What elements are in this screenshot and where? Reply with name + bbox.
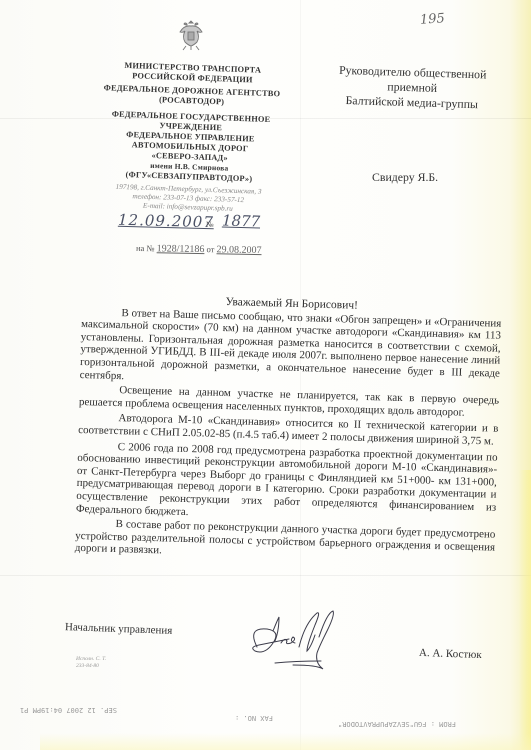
reference-date-prefix: от [207,244,215,254]
handwritten-page-number: 195 [420,11,446,28]
outgoing-number-label: № [206,220,214,229]
scanned-letter-page: 195 МИНИСТЕРСТВО ТРАНСПОРТА РОССИЙСКОЙ Ф… [0,0,531,750]
reference-line: на № 1928/12186 от 29.08.2007 [136,243,262,256]
addressee-name: Свидеру Я.Б. [372,170,438,185]
letter-body: Уважаемый Ян Борисович! В ответ на Ваше … [75,292,502,568]
fax-timestamp: SEP. 12 2007 04:19PM P1 [20,706,117,714]
fold-line [0,575,531,576]
coat-of-arms-icon [178,18,204,52]
reference-prefix: на № [136,243,155,253]
paper-edge-tint [519,470,531,750]
reference-number: 1928/12186 [157,243,205,255]
outgoing-date: 12.09.2007 [118,211,214,232]
executor-name: Исполн. С. Т. [76,656,106,663]
fax-number-label: FAX NO. : [235,714,273,722]
signatory-name: А. А. Костюк [419,647,482,661]
signatory-title: Начальник управления [65,621,173,637]
fax-sender: FROM : FGU"SEVZAPUPRAVTODOR" [338,720,456,728]
fax-transmission-header: SEP. 12 2007 04:19PM P1 FAX NO. : FROM :… [20,706,490,736]
outgoing-number: 1877 [222,212,261,231]
reference-date: 29.08.2007 [216,244,261,256]
executor-phone: 233-84-80 [76,663,106,670]
body-paragraph: С 2006 года по 2008 год предусмотрена ра… [76,439,498,526]
body-paragraph: В ответ на Ваше письмо сообщаю, что знак… [80,306,502,393]
letterhead: МИНИСТЕРСТВО ТРАНСПОРТА РОССИЙСКОЙ ФЕДЕР… [93,60,288,216]
addressee-block: Руководителю общественной приемной Балти… [312,62,513,113]
handwritten-signature [245,607,355,677]
executor-note: Исполн. С. Т. 233-84-80 [76,656,106,670]
